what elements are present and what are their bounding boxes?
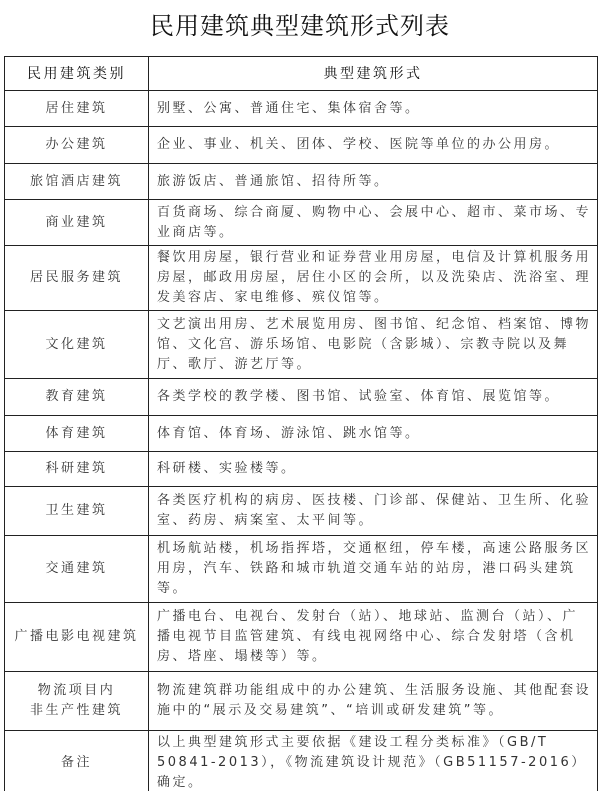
table-row: 交通建筑机场航站楼，机场指挥塔，交通枢纽，停车楼，高速公路服务区用房，汽车、铁路…: [5, 536, 598, 603]
table-row: 广播电影电视建筑广播电台、电视台、发射台（站）、地球站、监测台（站）、广播电视节…: [5, 603, 598, 672]
table-row: 居住建筑别墅、公寓、普通住宅、集体宿舍等。: [5, 91, 598, 127]
row-category: 科研建筑: [5, 452, 149, 487]
table-row: 卫生建筑各类医疗机构的病房、医技楼、门诊部、保健站、卫生所、化验室、药房、病案室…: [5, 487, 598, 536]
row-forms: 旅游饭店、普通旅馆、招待所等。: [149, 164, 598, 200]
table-row: 商业建筑百货商场、综合商厦、购物中心、会展中心、超市、菜市场、专业商店等。: [5, 200, 598, 246]
row-forms: 餐饮用房屋，银行营业和证券营业用房屋，电信及计算机服务用房屋，邮政用房屋，居住小…: [149, 246, 598, 311]
table-row: 备注以上典型建筑形式主要依据《建设工程分类标准》（GB/T 50841-2013…: [5, 731, 598, 791]
row-category: 卫生建筑: [5, 487, 149, 536]
row-forms: 别墅、公寓、普通住宅、集体宿舍等。: [149, 91, 598, 127]
row-category: 商业建筑: [5, 200, 149, 246]
row-category: 广播电影电视建筑: [5, 603, 149, 672]
row-forms: 机场航站楼，机场指挥塔，交通枢纽，停车楼，高速公路服务区用房，汽车、铁路和城市轨…: [149, 536, 598, 603]
row-forms: 广播电台、电视台、发射台（站）、地球站、监测台（站）、广播电视节目监管建筑、有线…: [149, 603, 598, 672]
row-forms: 物流建筑群功能组成中的办公建筑、生活服务设施、其他配套设施中的“展示及交易建筑”…: [149, 672, 598, 731]
row-category: 办公建筑: [5, 127, 149, 164]
header-forms: 典型建筑形式: [149, 57, 598, 91]
table-row: 办公建筑企业、事业、机关、团体、学校、医院等单位的办公用房。: [5, 127, 598, 164]
row-category: 教育建筑: [5, 379, 149, 416]
row-forms: 文艺演出用房、艺术展览用房、图书馆、纪念馆、档案馆、博物馆、文化宫、游乐场馆、电…: [149, 311, 598, 379]
row-forms: 百货商场、综合商厦、购物中心、会展中心、超市、菜市场、专业商店等。: [149, 200, 598, 246]
row-category: 居民服务建筑: [5, 246, 149, 311]
table-row: 文化建筑文艺演出用房、艺术展览用房、图书馆、纪念馆、档案馆、博物馆、文化宫、游乐…: [5, 311, 598, 379]
row-forms: 科研楼、实验楼等。: [149, 452, 598, 487]
row-category: 体育建筑: [5, 416, 149, 452]
row-forms: 各类医疗机构的病房、医技楼、门诊部、保健站、卫生所、化验室、药房、病案室、太平间…: [149, 487, 598, 536]
row-forms: 体育馆、体育场、游泳馆、跳水馆等。: [149, 416, 598, 452]
row-category: 物流项目内 非生产性建筑: [5, 672, 149, 731]
row-category: 交通建筑: [5, 536, 149, 603]
row-forms: 各类学校的教学楼、图书馆、试验室、体育馆、展览馆等。: [149, 379, 598, 416]
row-forms: 以上典型建筑形式主要依据《建设工程分类标准》（GB/T 50841-2013），…: [149, 731, 598, 791]
row-category: 旅馆酒店建筑: [5, 164, 149, 200]
page-title: 民用建筑典型建筑形式列表: [0, 6, 600, 41]
table-row: 科研建筑科研楼、实验楼等。: [5, 452, 598, 487]
row-forms: 企业、事业、机关、团体、学校、医院等单位的办公用房。: [149, 127, 598, 164]
row-category: 文化建筑: [5, 311, 149, 379]
table-row: 物流项目内 非生产性建筑物流建筑群功能组成中的办公建筑、生活服务设施、其他配套设…: [5, 672, 598, 731]
row-category: 居住建筑: [5, 91, 149, 127]
table-row: 教育建筑各类学校的教学楼、图书馆、试验室、体育馆、展览馆等。: [5, 379, 598, 416]
row-category: 备注: [5, 731, 149, 791]
building-types-table: 民用建筑类别 典型建筑形式 居住建筑别墅、公寓、普通住宅、集体宿舍等。办公建筑企…: [4, 56, 598, 791]
table-header-row: 民用建筑类别 典型建筑形式: [5, 57, 598, 91]
table-row: 体育建筑体育馆、体育场、游泳馆、跳水馆等。: [5, 416, 598, 452]
header-category: 民用建筑类别: [5, 57, 149, 91]
table-row: 居民服务建筑餐饮用房屋，银行营业和证券营业用房屋，电信及计算机服务用房屋，邮政用…: [5, 246, 598, 311]
table-row: 旅馆酒店建筑旅游饭店、普通旅馆、招待所等。: [5, 164, 598, 200]
